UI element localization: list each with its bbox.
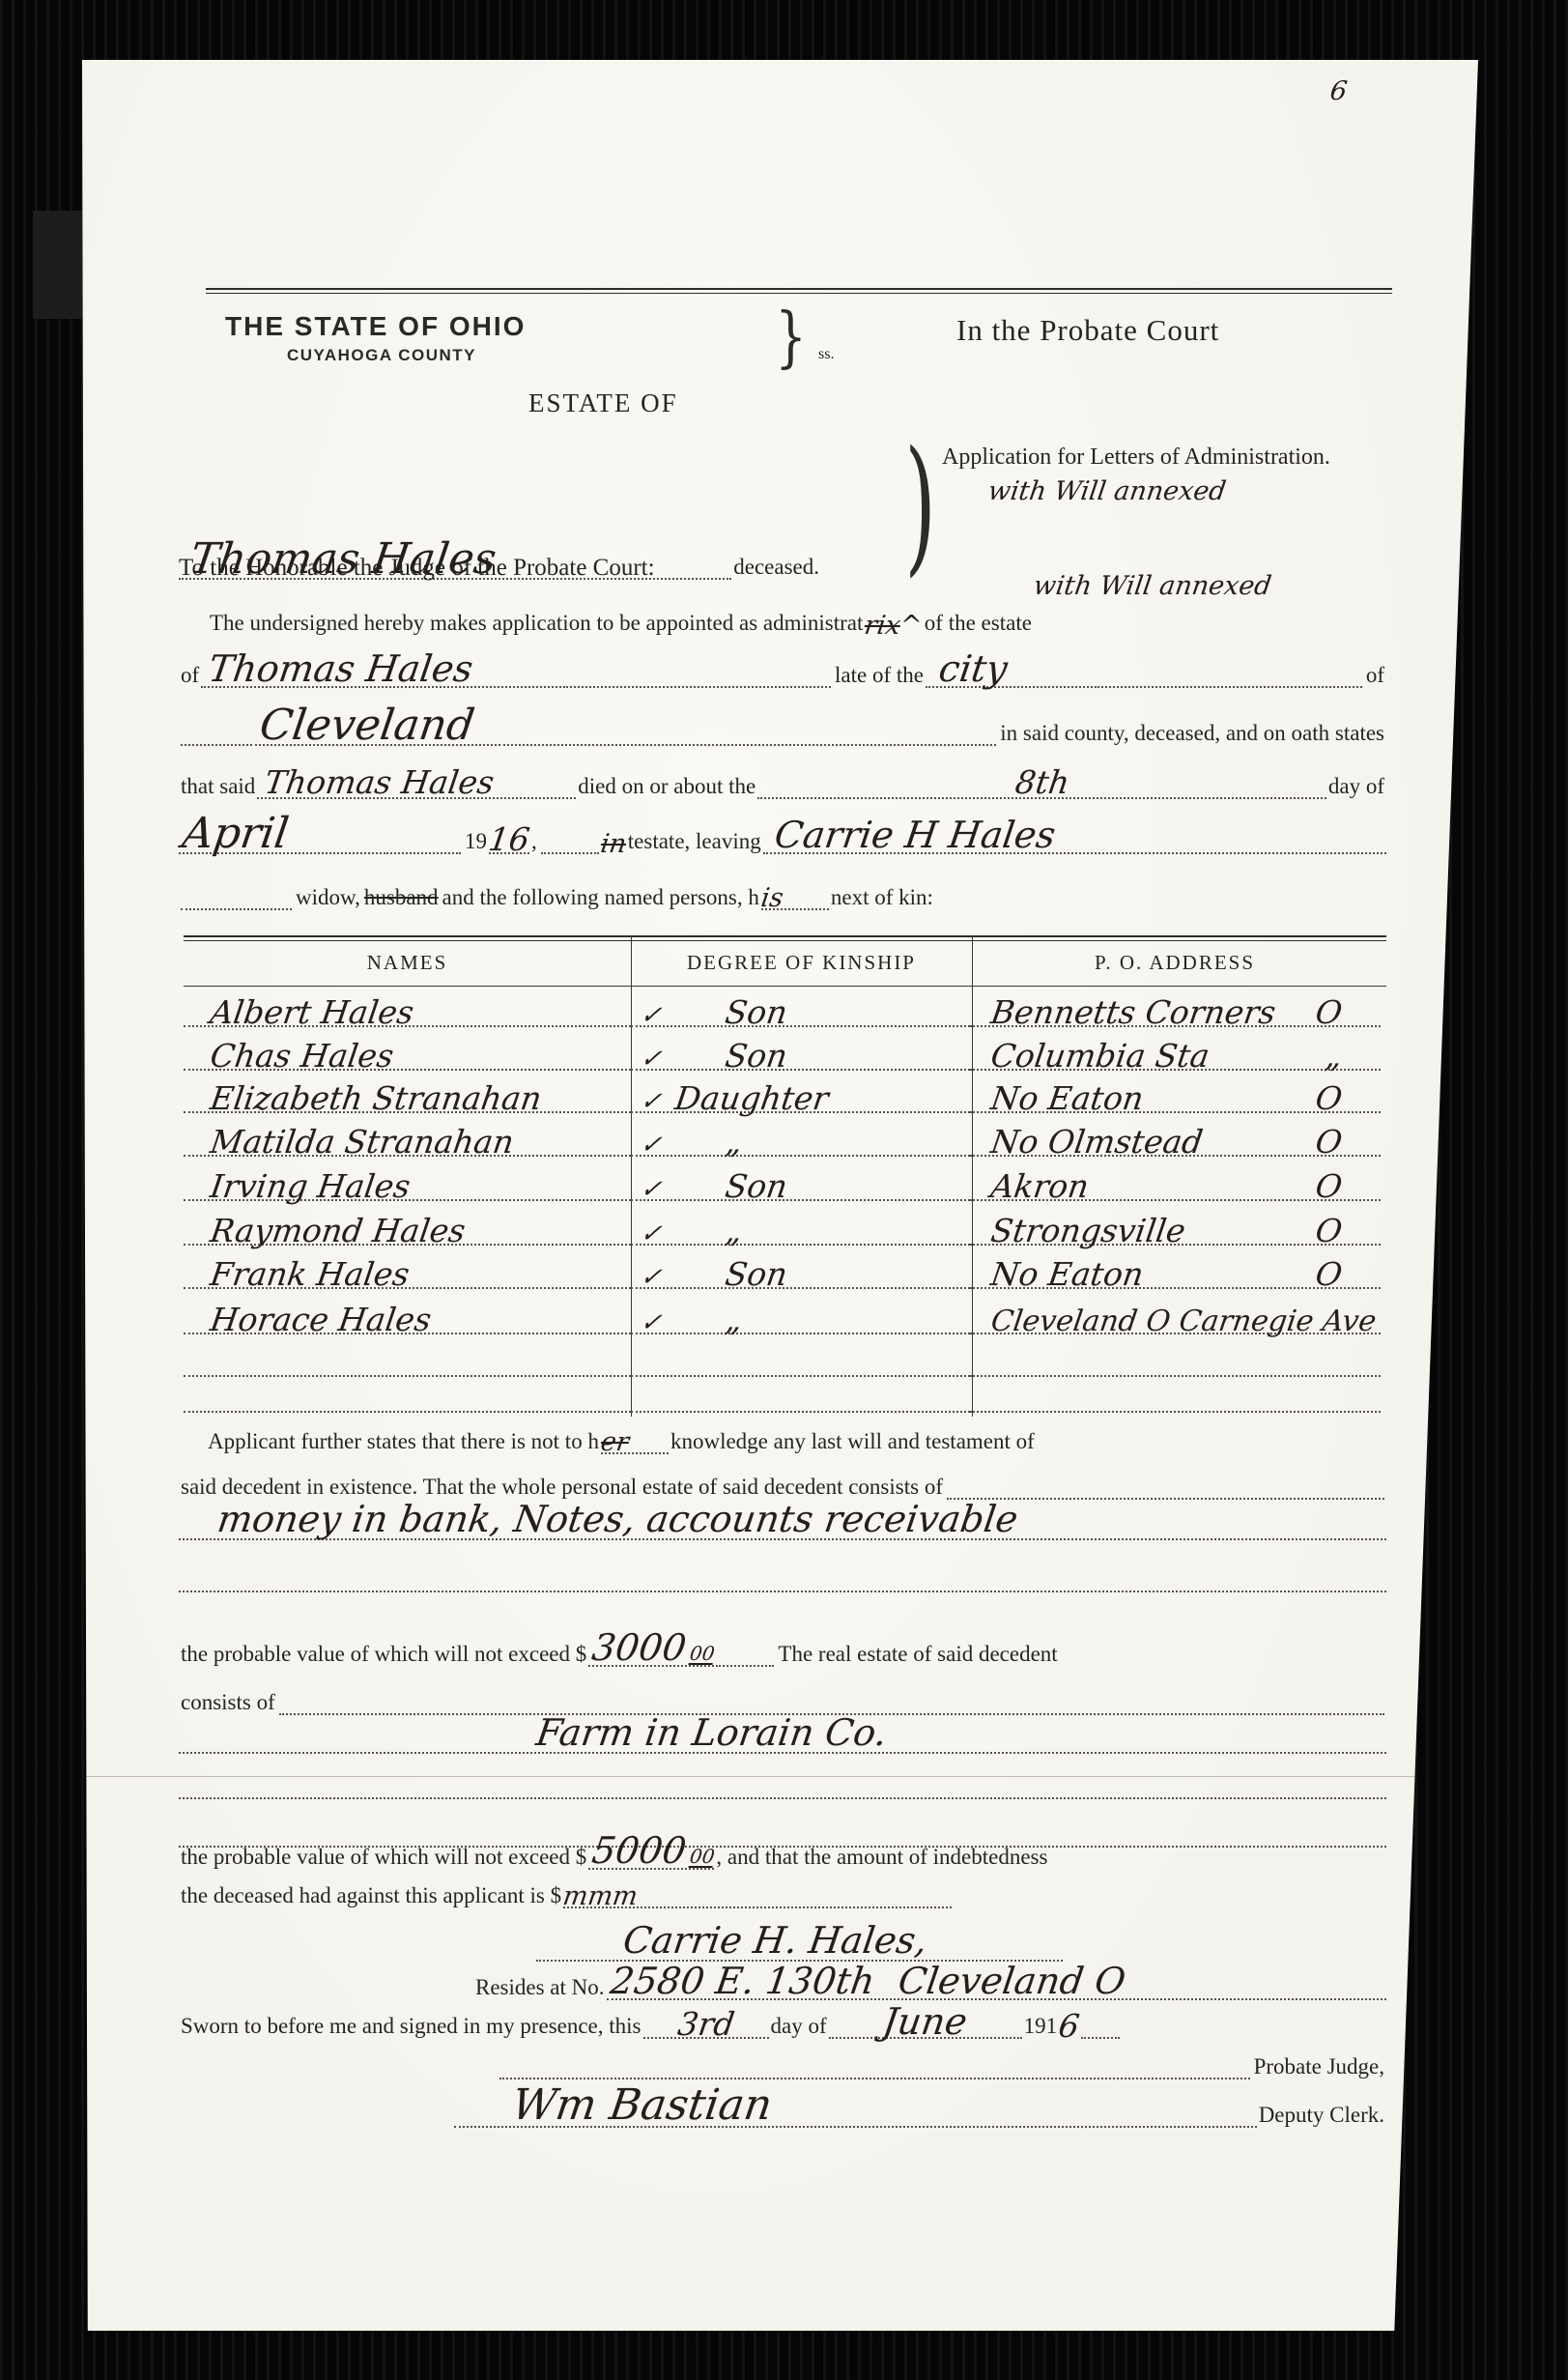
table-row: Elizabeth Stranahan ✓Daughter No EatonO bbox=[184, 1067, 1386, 1113]
check-mark: ✓ bbox=[640, 1006, 664, 1025]
table-row: Chas Hales ✓Son Columbia Sta„ bbox=[184, 1024, 1386, 1071]
kin-degree: Son bbox=[724, 1262, 788, 1287]
kin-state: O bbox=[1314, 1086, 1344, 1111]
kin-name: Raymond Hales bbox=[209, 1219, 467, 1244]
application-line-5: April 19 16 , in testate, leaving Carrie… bbox=[179, 821, 1386, 854]
line6-next-of-kin: next of kin: bbox=[829, 885, 935, 910]
decedent-name-handwritten-2: Thomas Hales bbox=[199, 655, 484, 686]
administrator-suffix-scribble: rix bbox=[864, 616, 902, 636]
paper-crease bbox=[82, 1776, 1478, 1777]
kin-degree: „ bbox=[724, 1219, 744, 1244]
table-header-kinship: DEGREE OF KINSHIP bbox=[631, 951, 972, 975]
value1-cents-handwritten: 00 bbox=[688, 1644, 716, 1665]
check-mark: ✓ bbox=[640, 1092, 664, 1111]
kin-degree: „ bbox=[724, 1130, 744, 1155]
sworn-day-handwritten: 3rd bbox=[676, 2012, 736, 2037]
sworn-year-printed: 191 bbox=[1022, 2014, 1060, 2039]
kin-state: O bbox=[1314, 1219, 1344, 1244]
top-rule bbox=[206, 288, 1392, 294]
application-line-1: The undersigned hereby makes application… bbox=[208, 603, 1386, 636]
kin-state: O bbox=[1314, 1174, 1344, 1199]
table-header-address: P. O. ADDRESS bbox=[972, 951, 1378, 975]
will-printed-pre: Applicant further states that there is n… bbox=[179, 1429, 601, 1454]
caret-mark: ^ bbox=[900, 616, 923, 636]
death-year-handwritten: 16 bbox=[487, 827, 531, 852]
deceased-label: deceased. bbox=[731, 555, 821, 580]
page-number: 6 bbox=[1329, 81, 1349, 101]
intestate-scribble: in bbox=[599, 834, 627, 854]
value1-amount-handwritten: 3000 bbox=[586, 1634, 692, 1665]
kin-address: No Olmstead bbox=[989, 1130, 1204, 1155]
check-mark: ✓ bbox=[640, 1135, 664, 1155]
blank-dotted-line bbox=[179, 1591, 1386, 1592]
table-header-names: NAMES bbox=[184, 951, 631, 975]
kin-degree: Daughter bbox=[673, 1086, 830, 1111]
check-mark: ✓ bbox=[640, 1180, 664, 1199]
line2-of-2: of bbox=[1364, 663, 1386, 688]
widow-name-handwritten: Carrie H Hales bbox=[761, 821, 1065, 852]
check-mark: ✓ bbox=[640, 1049, 664, 1069]
his-handwritten: is bbox=[759, 888, 784, 908]
line4-died-on: died on or about the bbox=[576, 774, 757, 799]
kin-name: Irving Hales bbox=[209, 1174, 412, 1199]
value1-printed-post: The real estate of said decedent bbox=[776, 1642, 1059, 1667]
line3-printed: in said county, deceased, and on oath st… bbox=[998, 721, 1386, 746]
deputy-clerk-line: Wm Bastian Deputy Clerk. bbox=[454, 2081, 1386, 2128]
line4-day-of: day of bbox=[1326, 774, 1386, 799]
estate-of-label: ESTATE OF bbox=[528, 388, 678, 418]
kin-name: Albert Hales bbox=[209, 1000, 415, 1025]
state-title: THE STATE OF OHIO bbox=[225, 311, 526, 342]
application-line-3: Cleveland in said county, deceased, and … bbox=[179, 713, 1386, 746]
value2-printed-pre: the probable value of which will not exc… bbox=[179, 1845, 588, 1870]
personal-estate-handwritten: money in bank, Notes, accounts receivabl… bbox=[177, 1505, 1030, 1538]
probate-judge-label: Probate Judge, bbox=[1252, 2054, 1386, 2079]
table-top-rule bbox=[184, 935, 1386, 941]
real-estate-line: Farm in Lorain Co. bbox=[179, 1707, 1386, 1754]
probate-form-page: 6 THE STATE OF OHIO CUYAHOGA COUNTY } ss… bbox=[82, 60, 1478, 2331]
line2-late-of-the: late of the bbox=[833, 663, 926, 688]
value1-printed-pre: the probable value of which will not exc… bbox=[179, 1642, 588, 1667]
check-mark: ✓ bbox=[640, 1268, 664, 1287]
decedent-name-handwritten-3: Thomas Hales bbox=[255, 770, 503, 797]
value2-cents-handwritten: 00 bbox=[688, 1847, 716, 1868]
table-row: Matilda Stranahan ✓„ No OlmsteadO bbox=[184, 1110, 1386, 1157]
value1-line: the probable value of which will not exc… bbox=[179, 1634, 1386, 1667]
county-title: CUYAHOGA COUNTY bbox=[287, 346, 476, 365]
debt-none-squiggle: mmm bbox=[562, 1886, 640, 1907]
kin-name: Elizabeth Stranahan bbox=[209, 1086, 543, 1111]
court-title: In the Probate Court bbox=[956, 313, 1219, 348]
city-handwritten: Cleveland bbox=[247, 709, 499, 744]
kin-state: „ bbox=[1324, 1044, 1344, 1069]
kin-state: O bbox=[1314, 1000, 1344, 1025]
line1-printed-post: of the estate bbox=[923, 611, 1034, 636]
kin-state: O bbox=[1314, 1262, 1344, 1287]
check-mark: ✓ bbox=[640, 1313, 664, 1333]
kin-address: Akron bbox=[989, 1174, 1090, 1199]
kin-degree: „ bbox=[724, 1307, 744, 1333]
sworn-printed-pre: Sworn to before me and signed in my pres… bbox=[179, 2014, 643, 2039]
line5-testate-leaving: testate, leaving bbox=[626, 829, 763, 854]
will-statement-line-1: Applicant further states that there is n… bbox=[179, 1421, 1386, 1454]
table-row: Frank Hales ✓Son No EatonO bbox=[184, 1243, 1386, 1289]
sworn-year-handwritten: 6 bbox=[1057, 2014, 1081, 2039]
blank-dotted-line bbox=[179, 1797, 1386, 1799]
kin-name: Chas Hales bbox=[209, 1044, 395, 1069]
scan-artifact bbox=[33, 211, 83, 319]
line2-of: of bbox=[179, 663, 201, 688]
kin-name: Frank Hales bbox=[209, 1262, 411, 1287]
resides-line: Resides at No. 2580 E. 130thCleveland O bbox=[473, 1967, 1386, 2000]
line5-19: 19 bbox=[463, 829, 489, 854]
table-row-empty bbox=[184, 1366, 1386, 1413]
kin-address: Bennetts Corners bbox=[989, 1000, 1277, 1025]
deputy-clerk-label: Deputy Clerk. bbox=[1257, 2103, 1386, 2128]
value2-line: the probable value of which will not exc… bbox=[179, 1837, 1386, 1870]
applicant-signature-line: Carrie H. Hales, bbox=[536, 1915, 1063, 1962]
line4-that-said: that said bbox=[179, 774, 257, 799]
caption-brace: ) bbox=[904, 419, 936, 590]
line1-printed: The undersigned hereby makes application… bbox=[208, 611, 865, 636]
kin-address: Strongsville bbox=[989, 1219, 1186, 1244]
value2-amount-handwritten: 5000 bbox=[586, 1837, 692, 1868]
table-row: Raymond Hales ✓„ StrongsvilleO bbox=[184, 1199, 1386, 1246]
resides-address-handwritten: 2580 E. 130th bbox=[604, 1967, 893, 1998]
applicant-signature-handwritten: Carrie H. Hales, bbox=[534, 1927, 939, 1960]
will-printed-post: knowledge any last will and testament of bbox=[669, 1429, 1037, 1454]
kin-degree: Son bbox=[724, 1174, 788, 1199]
death-day-handwritten: 8th bbox=[994, 770, 1090, 797]
table-row: Albert Hales ✓Son Bennetts CornersO bbox=[184, 981, 1386, 1027]
kin-address: No Eaton bbox=[989, 1262, 1145, 1287]
kin-state: O bbox=[1314, 1130, 1344, 1155]
husband-struck: husband bbox=[362, 885, 441, 910]
sworn-month-handwritten: June bbox=[881, 2008, 969, 2037]
application-line-2: of Thomas Hales late of the city of bbox=[179, 655, 1386, 688]
line6-widow: widow, bbox=[294, 885, 362, 910]
place-type-handwritten: city bbox=[924, 655, 1019, 686]
probate-judge-line: Probate Judge, bbox=[498, 2047, 1386, 2079]
administrator-annotation-handwritten: with Will annexed bbox=[1033, 576, 1273, 596]
debt-printed: the deceased had against this applicant … bbox=[179, 1883, 563, 1908]
kin-address: Cleveland O Carnegie Ave bbox=[989, 1310, 1377, 1333]
resides-city-handwritten: Cleveland O bbox=[889, 1967, 1135, 1998]
kin-name: Horace Hales bbox=[209, 1307, 433, 1333]
line6-printed: and the following named persons, h bbox=[441, 885, 761, 910]
scanned-document-screen: 6 THE STATE OF OHIO CUYAHOGA COUNTY } ss… bbox=[0, 0, 1568, 2380]
real-estate-handwritten: Farm in Lorain Co. bbox=[525, 1719, 898, 1752]
kin-degree: Son bbox=[724, 1044, 788, 1069]
table-row: Horace Hales ✓„ Cleveland O Carnegie Ave bbox=[184, 1288, 1386, 1334]
clerk-signature-handwritten: Wm Bastian bbox=[451, 2089, 784, 2126]
death-month-handwritten: April bbox=[176, 817, 298, 852]
personal-estate-line: money in bank, Notes, accounts receivabl… bbox=[179, 1494, 1386, 1540]
debt-line: the deceased had against this applicant … bbox=[179, 1876, 952, 1908]
ss-brace: } bbox=[775, 300, 806, 376]
salutation: To the Honorable the Judge of the Probat… bbox=[179, 555, 655, 582]
sworn-line: Sworn to before me and signed in my pres… bbox=[179, 2006, 1386, 2039]
application-line-4: that said Thomas Hales died on or about … bbox=[179, 766, 1386, 799]
resides-label: Resides at No. bbox=[473, 1975, 607, 2000]
sworn-day-of: day of bbox=[769, 2014, 829, 2039]
application-annotation-handwritten: with Will annexed bbox=[987, 481, 1228, 502]
check-mark: ✓ bbox=[640, 1224, 664, 1244]
her-handwritten: er bbox=[599, 1432, 630, 1452]
line5-comma: , bbox=[529, 829, 539, 854]
ss-label: ss. bbox=[818, 346, 834, 363]
kin-address: Columbia Sta bbox=[989, 1044, 1211, 1069]
application-title: Application for Letters of Administratio… bbox=[942, 444, 1330, 471]
kin-address: No Eaton bbox=[989, 1086, 1145, 1111]
value2-printed-post: , and that the amount of indebtedness bbox=[714, 1845, 1049, 1870]
application-line-6: widow, husband and the following named p… bbox=[179, 877, 1386, 910]
kin-name: Matilda Stranahan bbox=[209, 1130, 515, 1155]
table-row: Irving Hales ✓Son AkronO bbox=[184, 1155, 1386, 1201]
kin-degree: Son bbox=[724, 1000, 788, 1025]
